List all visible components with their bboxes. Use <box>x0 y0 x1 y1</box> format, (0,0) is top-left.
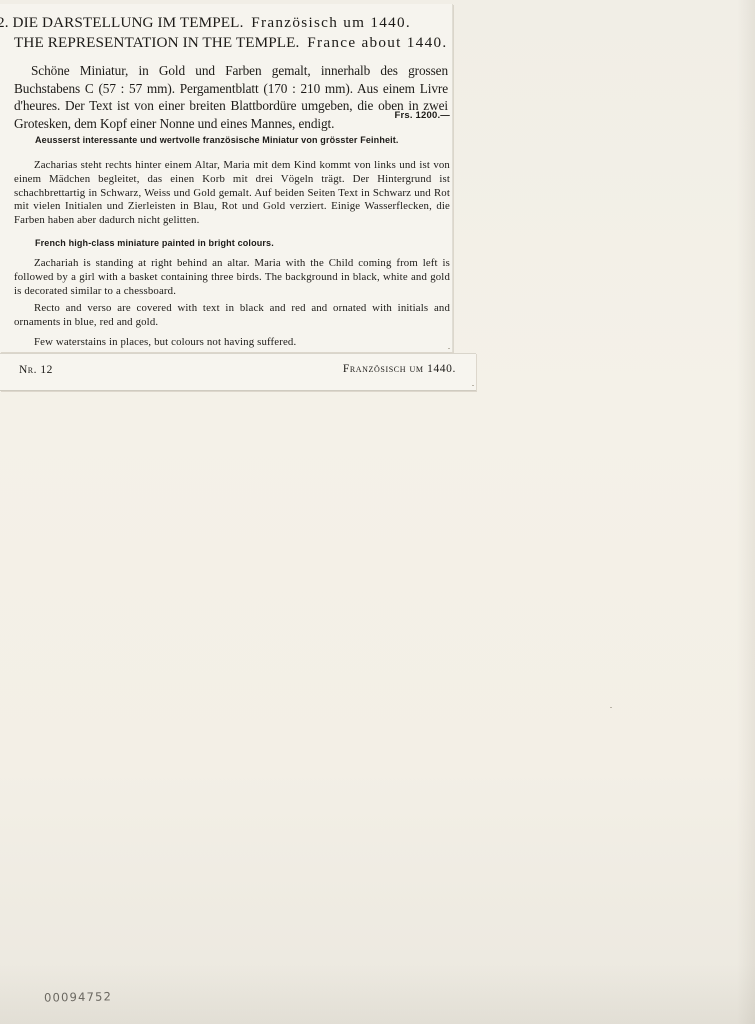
entry-origin-english: France about 1440. <box>307 34 447 51</box>
entry-heading-german: 2. DIE DARSTELLUNG IM TEMPEL. Französisc… <box>0 14 411 32</box>
entry-heading-english: THE REPRESENTATION IN THE TEMPLE. France… <box>14 34 447 52</box>
price-label: Frs. 1200.— <box>394 110 450 121</box>
lead-paragraph: Schöne Miniatur, in Gold und Farben gema… <box>14 62 448 132</box>
paper-speck <box>472 385 474 386</box>
entry-title-german: DIE DARSTELLUNG IM TEMPEL. <box>13 14 244 31</box>
description-english-recto-verso: Recto and verso are covered with text in… <box>14 302 450 330</box>
mount-bottom-shadow <box>0 964 755 1024</box>
mount-edge-shadow <box>737 0 755 1024</box>
entry-title-english: THE REPRESENTATION IN THE TEMPLE. <box>14 34 299 51</box>
lot-number: Nr. 12 <box>19 364 53 376</box>
entry-number: 2. <box>0 14 9 31</box>
entry-origin-german: Französisch um 1440. <box>251 14 411 31</box>
handwritten-inventory-number: 00094752 <box>44 989 112 1004</box>
paper-speck <box>610 707 612 708</box>
description-english-condition: Few waterstains in places, but colours n… <box>14 336 450 350</box>
description-english: Zachariah is standing at right behind an… <box>14 257 450 298</box>
catalogue-footer-strip: Nr. 12 Französisch um 1440. <box>0 353 476 391</box>
catalogue-clipping: 2. DIE DARSTELLUNG IM TEMPEL. Französisc… <box>0 4 453 352</box>
footer-origin: Französisch um 1440. <box>343 363 456 375</box>
highlight-german: Aeusserst interessante und wertvolle fra… <box>35 135 399 145</box>
highlight-english: French high-class miniature painted in b… <box>35 238 274 248</box>
description-german: Zacharias steht rechts hinter einem Alta… <box>14 159 450 228</box>
paper-speck <box>448 348 450 349</box>
